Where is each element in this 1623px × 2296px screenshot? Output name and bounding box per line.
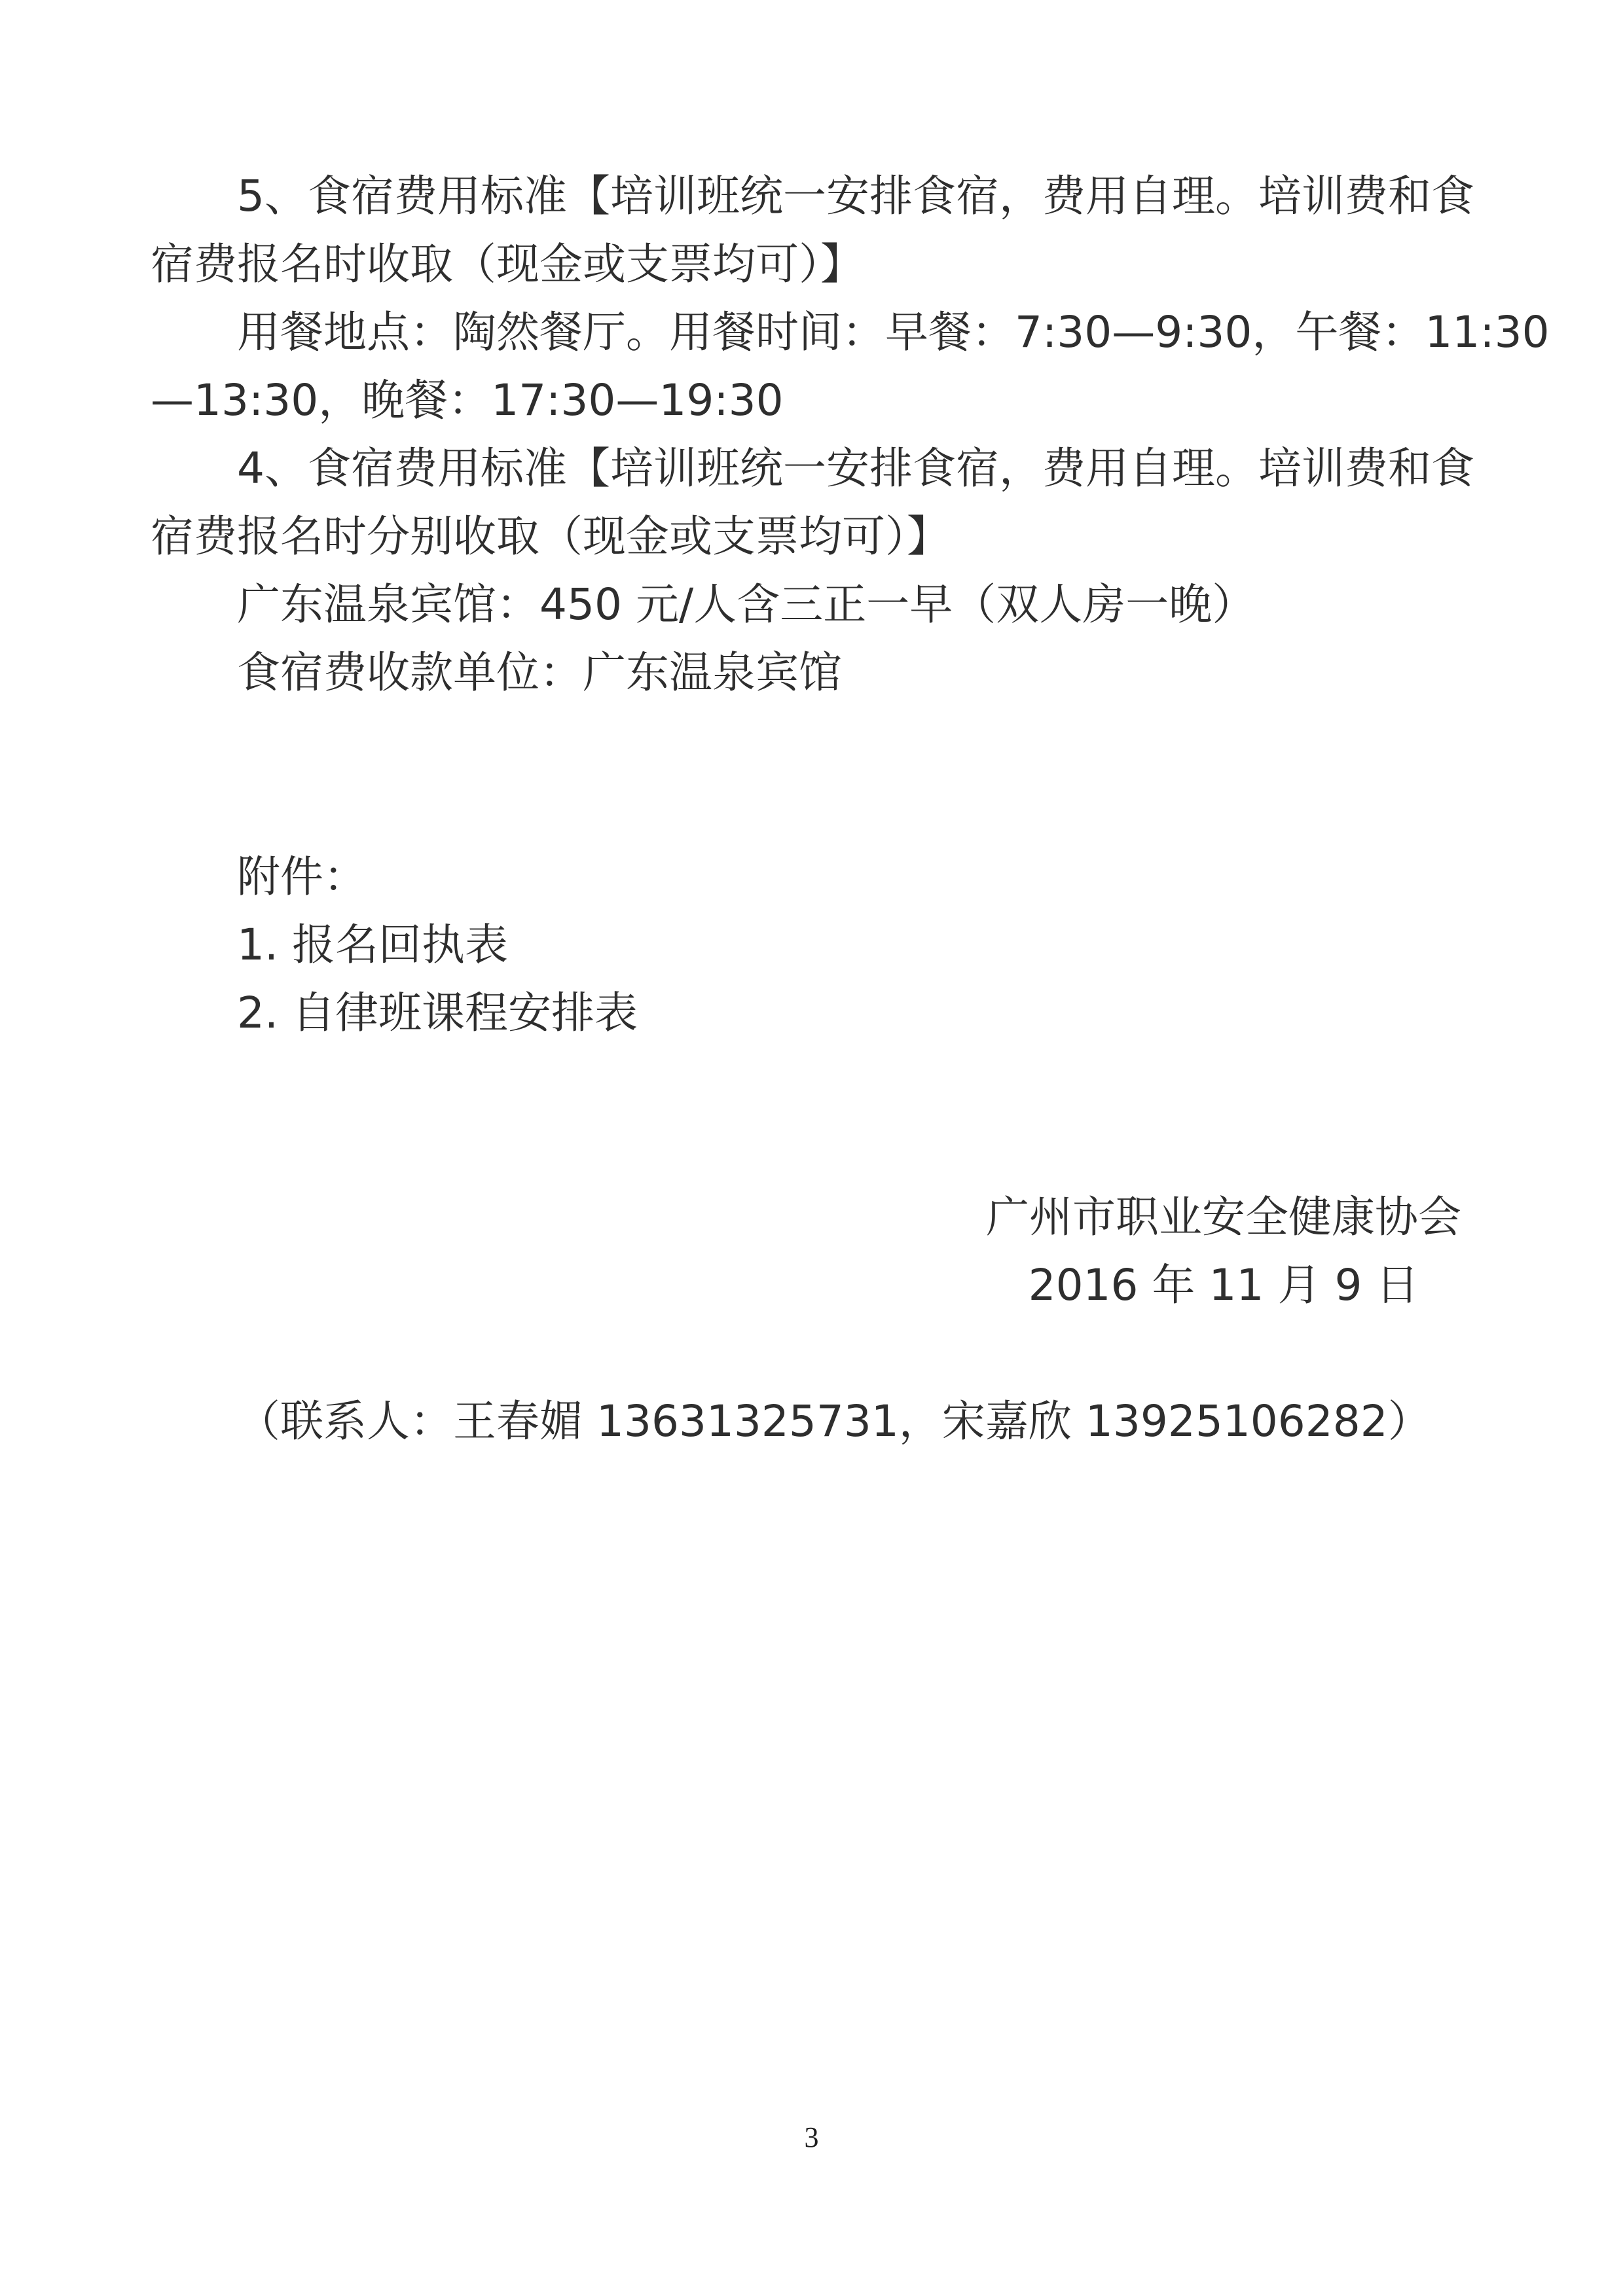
blank-line <box>151 1047 1473 1115</box>
fee-standard-4-line-1: 4、食宿费用标准【培训班统一安排食宿，费用自理。培训费和食 <box>151 435 1473 503</box>
page-footer: 3 <box>0 2121 1623 2155</box>
document-body: 5、食宿费用标准【培训班统一安排食宿，费用自理。培训费和食 宿费报名时收取（现金… <box>151 162 1473 1456</box>
blank-line <box>151 775 1473 843</box>
blank-line <box>151 1319 1473 1388</box>
blank-line <box>151 1115 1473 1183</box>
page-number: 3 <box>805 2121 819 2153</box>
signature-block: 广州市职业安全健康协会 2016 年 11 月 9 日 <box>986 1183 1461 1319</box>
payee-line: 食宿费收款单位：广东温泉宾馆 <box>151 639 1473 707</box>
fee-standard-5-line-1: 5、食宿费用标准【培训班统一安排食宿，费用自理。培训费和食 <box>151 162 1473 230</box>
signature-organization: 广州市职业安全健康协会 <box>986 1183 1461 1251</box>
hotel-price-line: 广东温泉宾馆：450 元/人含三正一早（双人房一晚） <box>151 571 1473 639</box>
fee-standard-5-line-2: 宿费报名时收取（现金或支票均可）】 <box>151 230 1473 298</box>
signature-date: 2016 年 11 月 9 日 <box>986 1251 1461 1319</box>
attachment-item-1: 1. 报名回执表 <box>151 911 1473 979</box>
blank-line <box>151 707 1473 775</box>
fee-standard-4-line-2: 宿费报名时分别收取（现金或支票均可）】 <box>151 503 1473 571</box>
meal-info-line-2: —13:30，晚餐：17:30—19:30 <box>151 367 1473 435</box>
attachments-title: 附件： <box>151 843 1473 911</box>
attachment-item-2: 2. 自律班课程安排表 <box>151 979 1473 1047</box>
document-page: 5、食宿费用标准【培训班统一安排食宿，费用自理。培训费和食 宿费报名时收取（现金… <box>0 0 1623 2296</box>
contact-line: （联系人：王春媚 13631325731，宋嘉欣 13925106282） <box>151 1388 1473 1456</box>
meal-info-line-1: 用餐地点：陶然餐厅。用餐时间：早餐：7:30—9:30，午餐：11:30 <box>151 298 1473 367</box>
